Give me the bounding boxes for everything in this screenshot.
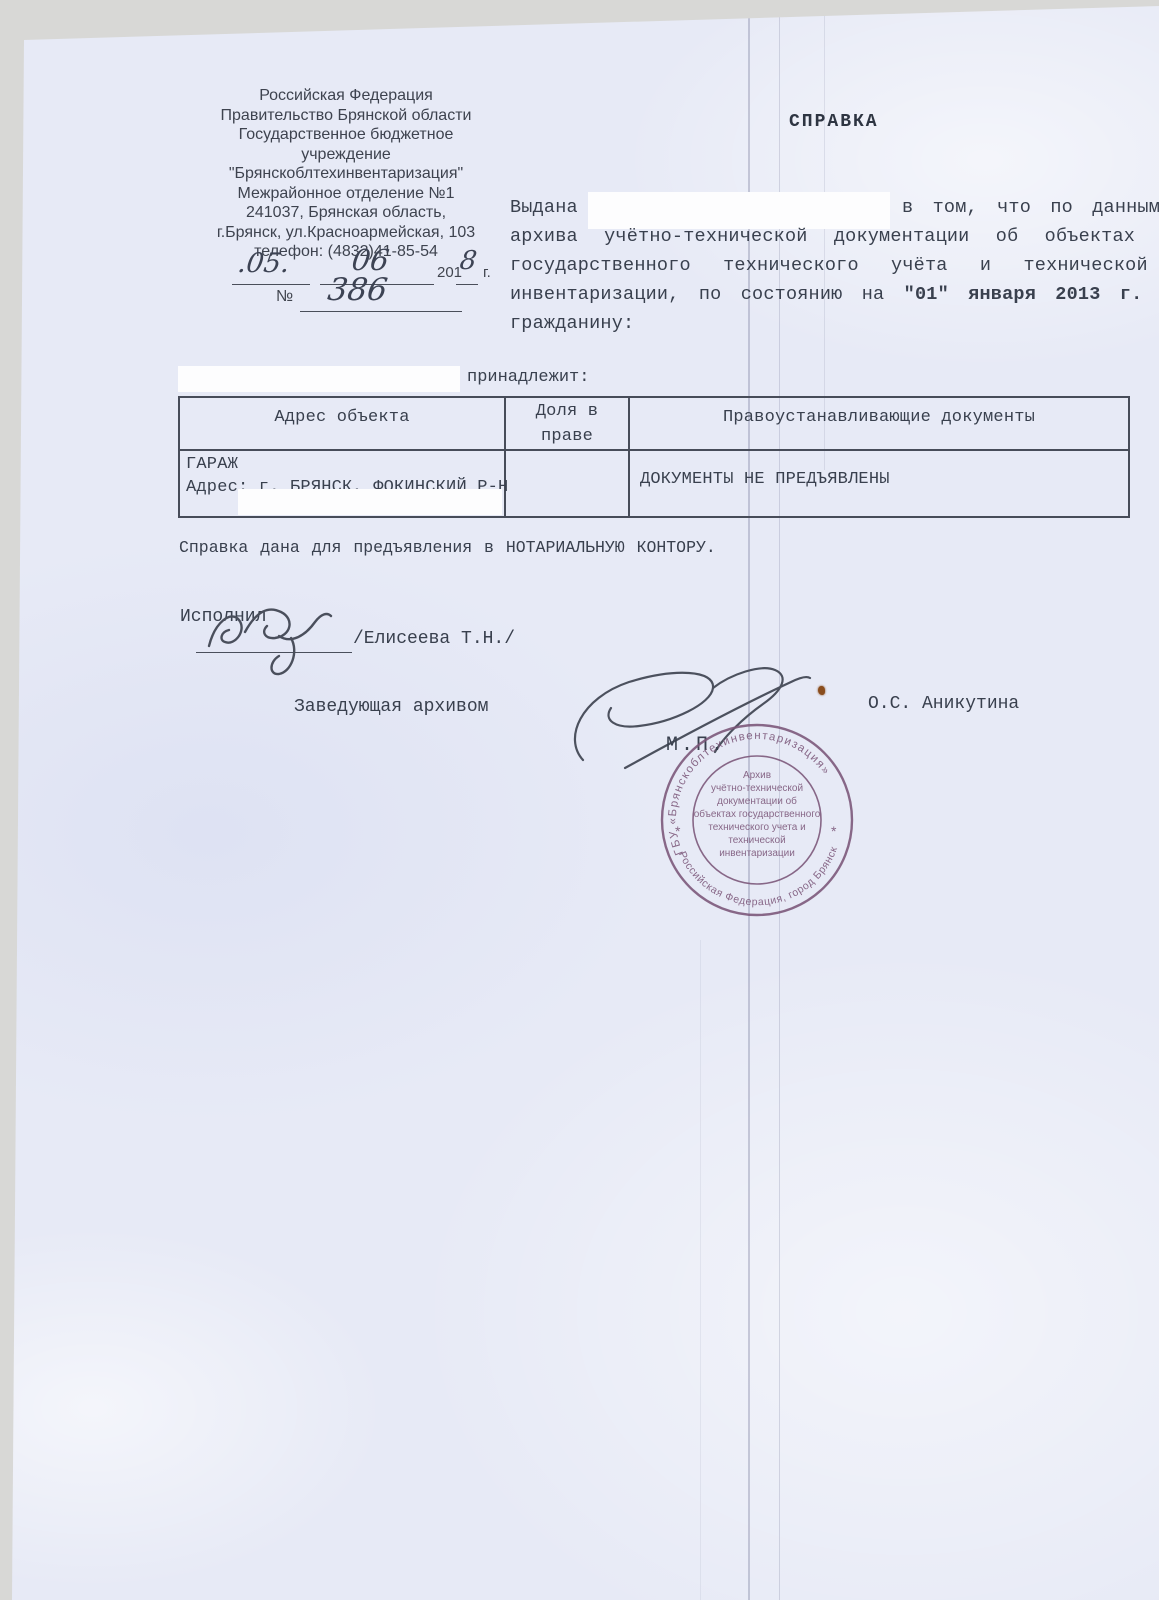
cell-object-type: ГАРАЖ <box>186 455 238 474</box>
date-underline <box>232 284 310 285</box>
body-line-5: гражданину: <box>510 313 634 334</box>
svg-text:технического учета и: технического учета и <box>708 822 805 833</box>
svg-text:объектах государственного: объектах государственного <box>694 808 821 820</box>
body-line-2: архива учётно-технической документации о… <box>510 226 1135 247</box>
table-border <box>1128 396 1130 518</box>
signatory-name: О.С. Аникутина <box>868 694 1019 714</box>
redaction-box-owner <box>178 366 460 392</box>
official-stamp: ГБУ «Брянскоблтехинвентаризация» Российс… <box>657 718 857 922</box>
handwritten-day: .05. <box>236 248 292 279</box>
body-line1-pre: Выдана <box>510 197 578 218</box>
body-line-4: инвентаризации, по состоянию на "01" янв… <box>510 284 1142 305</box>
year-unit: г. <box>483 264 491 281</box>
number-sign: № <box>276 288 293 306</box>
cell-documents: ДОКУМЕНТЫ НЕ ПРЕДЪЯВЛЕНЫ <box>640 470 890 489</box>
letterhead-line: Правительство Брянской области <box>160 106 532 126</box>
executor-signature <box>195 588 370 678</box>
body-line4-date-bold: "01" января 2013 г. <box>904 284 1143 305</box>
letterhead-line: г.Брянск, ул.Красноармейская, 103 <box>160 223 532 243</box>
table-border <box>178 396 1130 398</box>
executor-signature-line <box>196 652 352 653</box>
letterhead-line: "Брянскоблтехинвентаризация" <box>160 164 532 184</box>
scanned-certificate-page: { "letterhead": { "lines": [ "Российская… <box>0 0 1159 1600</box>
redaction-box-recipient <box>588 192 890 229</box>
svg-text:инвентаризации: инвентаризации <box>719 848 795 859</box>
letterhead-line: Государственное бюджетное <box>160 125 532 145</box>
purpose-line: Справка дана для предъявления в НОТАРИАЛ… <box>179 538 716 557</box>
crease-line-lower <box>700 940 701 1600</box>
letterhead-line: Российская Федерация <box>160 86 532 106</box>
date-underline <box>456 284 478 285</box>
table-header-share: Доля в праве <box>506 399 628 449</box>
body-line-1-post: в том, что по данным <box>902 197 1159 218</box>
table-header-address: Адрес объекта <box>180 408 504 427</box>
redaction-box-address <box>238 489 502 515</box>
body-line-3: государственного технического учёта и те… <box>510 255 1148 276</box>
svg-text:технической: технической <box>728 835 785 846</box>
document-page: Российская Федерация Правительство Брянс… <box>0 0 1159 1600</box>
letterhead-line: 241037, Брянская область, <box>160 203 532 223</box>
table-border <box>178 516 1130 518</box>
document-title: СПРАВКА <box>789 112 879 132</box>
body-line-1: Выдана <box>510 197 578 218</box>
executor-name: /Елисеева Т.Н./ <box>353 629 515 649</box>
handwritten-year-digit: 8 <box>458 246 479 276</box>
stamp-graphic: ГБУ «Брянскоблтехинвентаризация» Российс… <box>657 718 857 922</box>
letterhead-line: Межрайонное отделение №1 <box>160 184 532 204</box>
svg-text:Архив: Архив <box>743 770 771 781</box>
stamp-star-right: * <box>831 823 837 839</box>
number-underline <box>300 311 462 312</box>
belongs-label: принадлежит: <box>467 368 589 387</box>
svg-text:документации об: документации об <box>717 795 797 807</box>
letterhead: Российская Федерация Правительство Брянс… <box>160 86 532 262</box>
signatory-position: Заведующая архивом <box>294 697 488 717</box>
handwritten-number: 386 <box>325 272 389 308</box>
svg-text:учётно-технической: учётно-технической <box>711 783 803 794</box>
table-header-documents: Правоустанавливающие документы <box>630 408 1128 427</box>
paper-stain <box>818 686 825 695</box>
letterhead-line: учреждение <box>160 145 532 165</box>
body-line4-normal: инвентаризации, по состоянию на <box>510 284 884 305</box>
stamp-star-left: * <box>675 823 681 839</box>
stamp-center-text: Архив учётно-технической документации об… <box>694 770 821 859</box>
table-border <box>178 449 1130 451</box>
